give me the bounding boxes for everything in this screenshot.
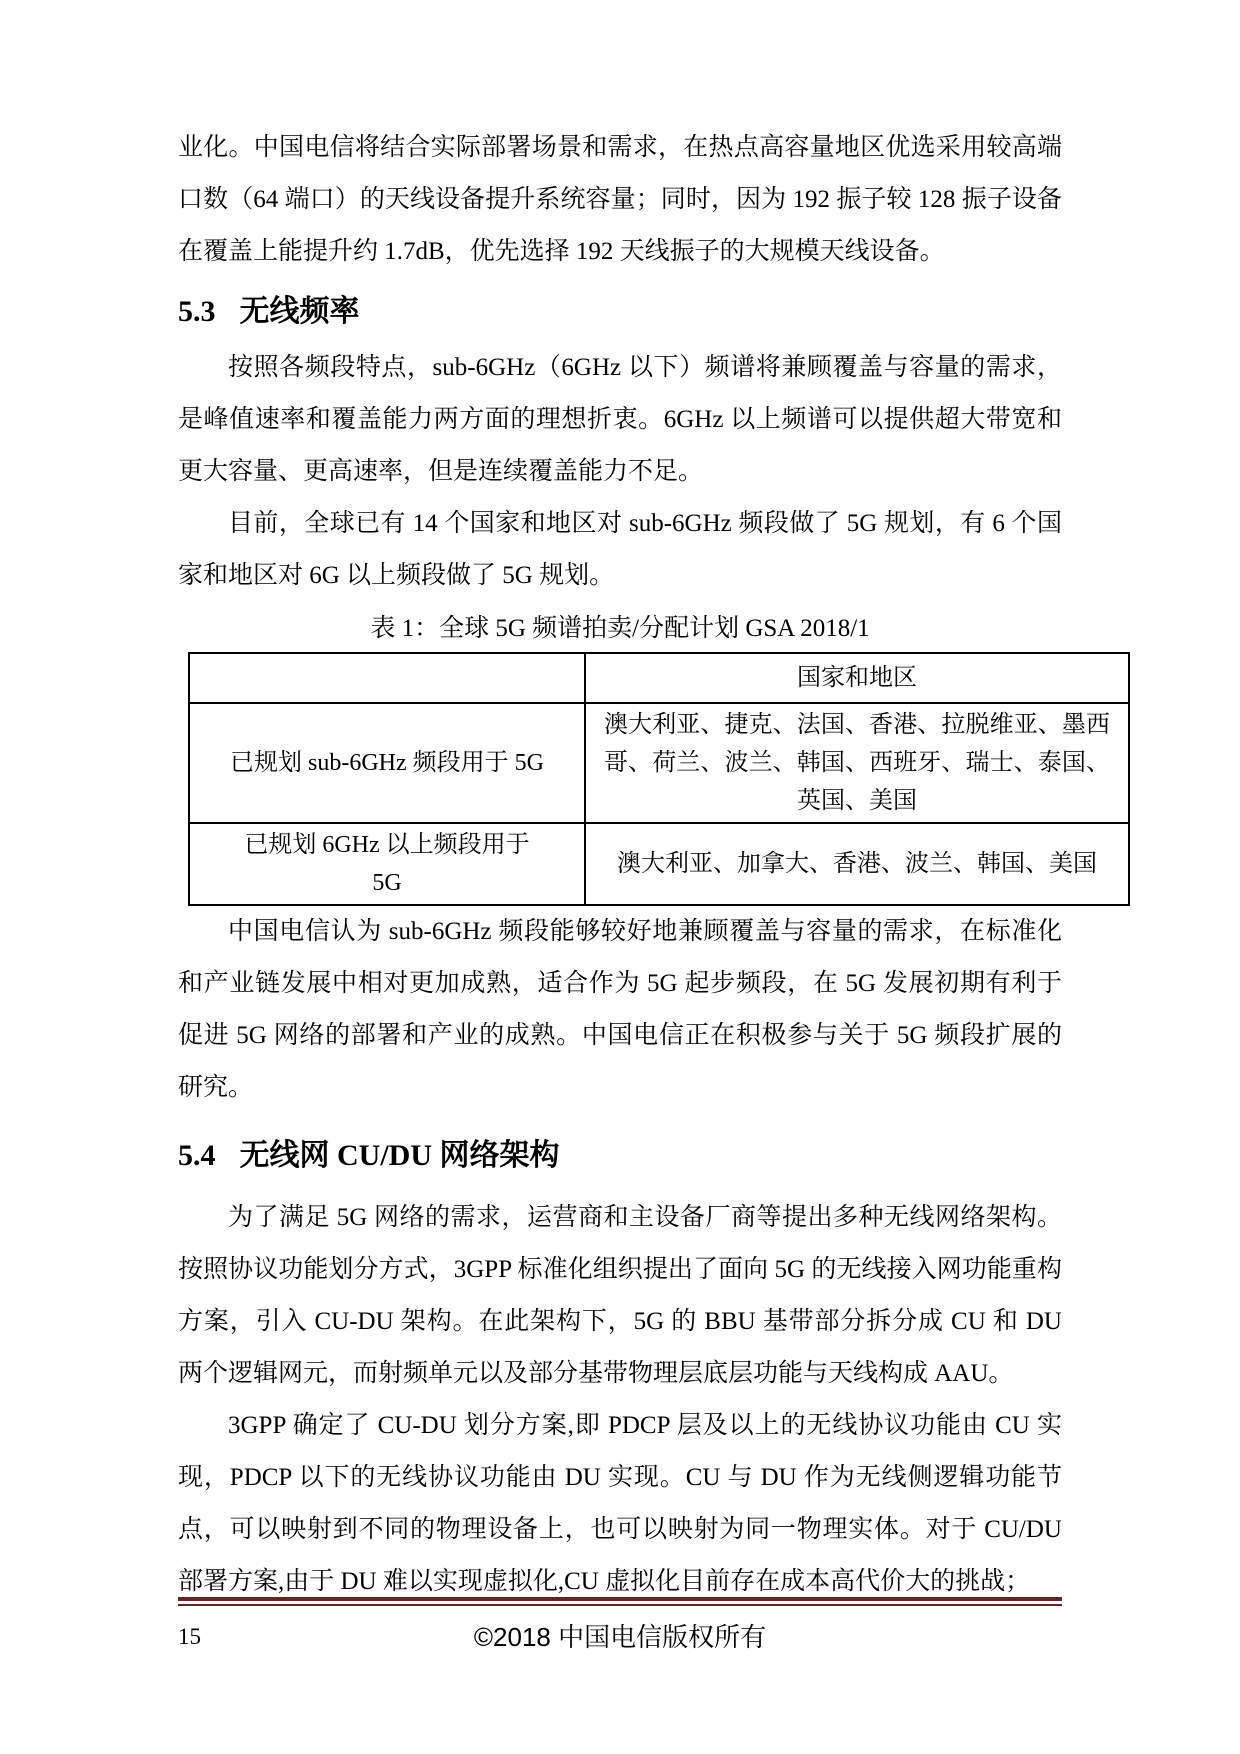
table-header-countries-cell: 国家和地区 <box>585 653 1129 703</box>
table-header-row: 国家和地区 <box>189 653 1129 703</box>
table-cell-sub6ghz-label: 已规划 sub-6GHz 频段用于 5G <box>189 703 585 823</box>
section-title: 无线频率 <box>240 295 360 328</box>
table-cell-above6ghz-countries: 澳大利亚、加拿大、香港、波兰、韩国、美国 <box>585 823 1129 905</box>
footer-rule-thin <box>178 1604 1062 1606</box>
section-number: 5.3 <box>178 295 216 328</box>
paragraph-antenna-continuation: 业化。中国电信将结合实际部署场景和需求，在热点高容量地区优选采用较高端口数（64… <box>178 122 1062 278</box>
table-cell-sub6ghz-countries: 澳大利亚、捷克、法国、香港、拉脱维亚、墨西哥、荷兰、波兰、韩国、西班牙、瑞士、泰… <box>585 703 1129 823</box>
table-row: 已规划 6GHz 以上频段用于 5G 澳大利亚、加拿大、香港、波兰、韩国、美国 <box>189 823 1129 905</box>
table-caption: 表 1：全球 5G 频谱拍卖/分配计划 GSA 2018/1 <box>178 608 1062 650</box>
section-title: 无线网 CU/DU 网络架构 <box>240 1139 560 1172</box>
paragraph-global-plans: 目前，全球已有 14 个国家和地区对 sub-6GHz 频段做了 5G 规划，有… <box>178 498 1062 602</box>
paragraph-cu-du-split: 3GPP 确定了 CU-DU 划分方案,即 PDCP 层及以上的无线协议功能由 … <box>178 1400 1062 1608</box>
section-heading-5-4: 5.4无线网 CU/DU 网络架构 <box>178 1136 1062 1176</box>
table-header-empty-cell <box>189 653 585 703</box>
footer-row: 15 ©2018 中国电信版权所有 <box>178 1620 1062 1656</box>
table-row: 已规划 sub-6GHz 频段用于 5G 澳大利亚、捷克、法国、香港、拉脱维亚、… <box>189 703 1129 823</box>
page-content: 业化。中国电信将结合实际部署场景和需求，在热点高容量地区优选采用较高端口数（64… <box>178 122 1062 1608</box>
table-cell-above6ghz-label: 已规划 6GHz 以上频段用于 5G <box>189 823 585 905</box>
paragraph-sub6ghz-opinion: 中国电信认为 sub-6GHz 频段能够较好地兼顾覆盖与容量的需求，在标准化和产… <box>178 906 1062 1114</box>
section-heading-5-3: 5.3无线频率 <box>178 292 1062 332</box>
document-page: 业化。中国电信将结合实际部署场景和需求，在热点高容量地区优选采用较高端口数（64… <box>0 0 1240 1754</box>
paragraph-cu-du-intro: 为了满足 5G 网络的需求，运营商和主设备厂商等提出多种无线网络架构。按照协议功… <box>178 1192 1062 1400</box>
paragraph-spectrum-tradeoff: 按照各频段特点，sub-6GHz（6GHz 以下）频谱将兼顾覆盖与容量的需求，是… <box>178 342 1062 498</box>
copyright-notice: ©2018 中国电信版权所有 <box>178 1620 1062 1654</box>
spectrum-plan-table: 国家和地区 已规划 sub-6GHz 频段用于 5G 澳大利亚、捷克、法国、香港… <box>188 652 1130 906</box>
page-footer: 15 ©2018 中国电信版权所有 <box>178 1597 1062 1656</box>
section-number: 5.4 <box>178 1139 216 1172</box>
